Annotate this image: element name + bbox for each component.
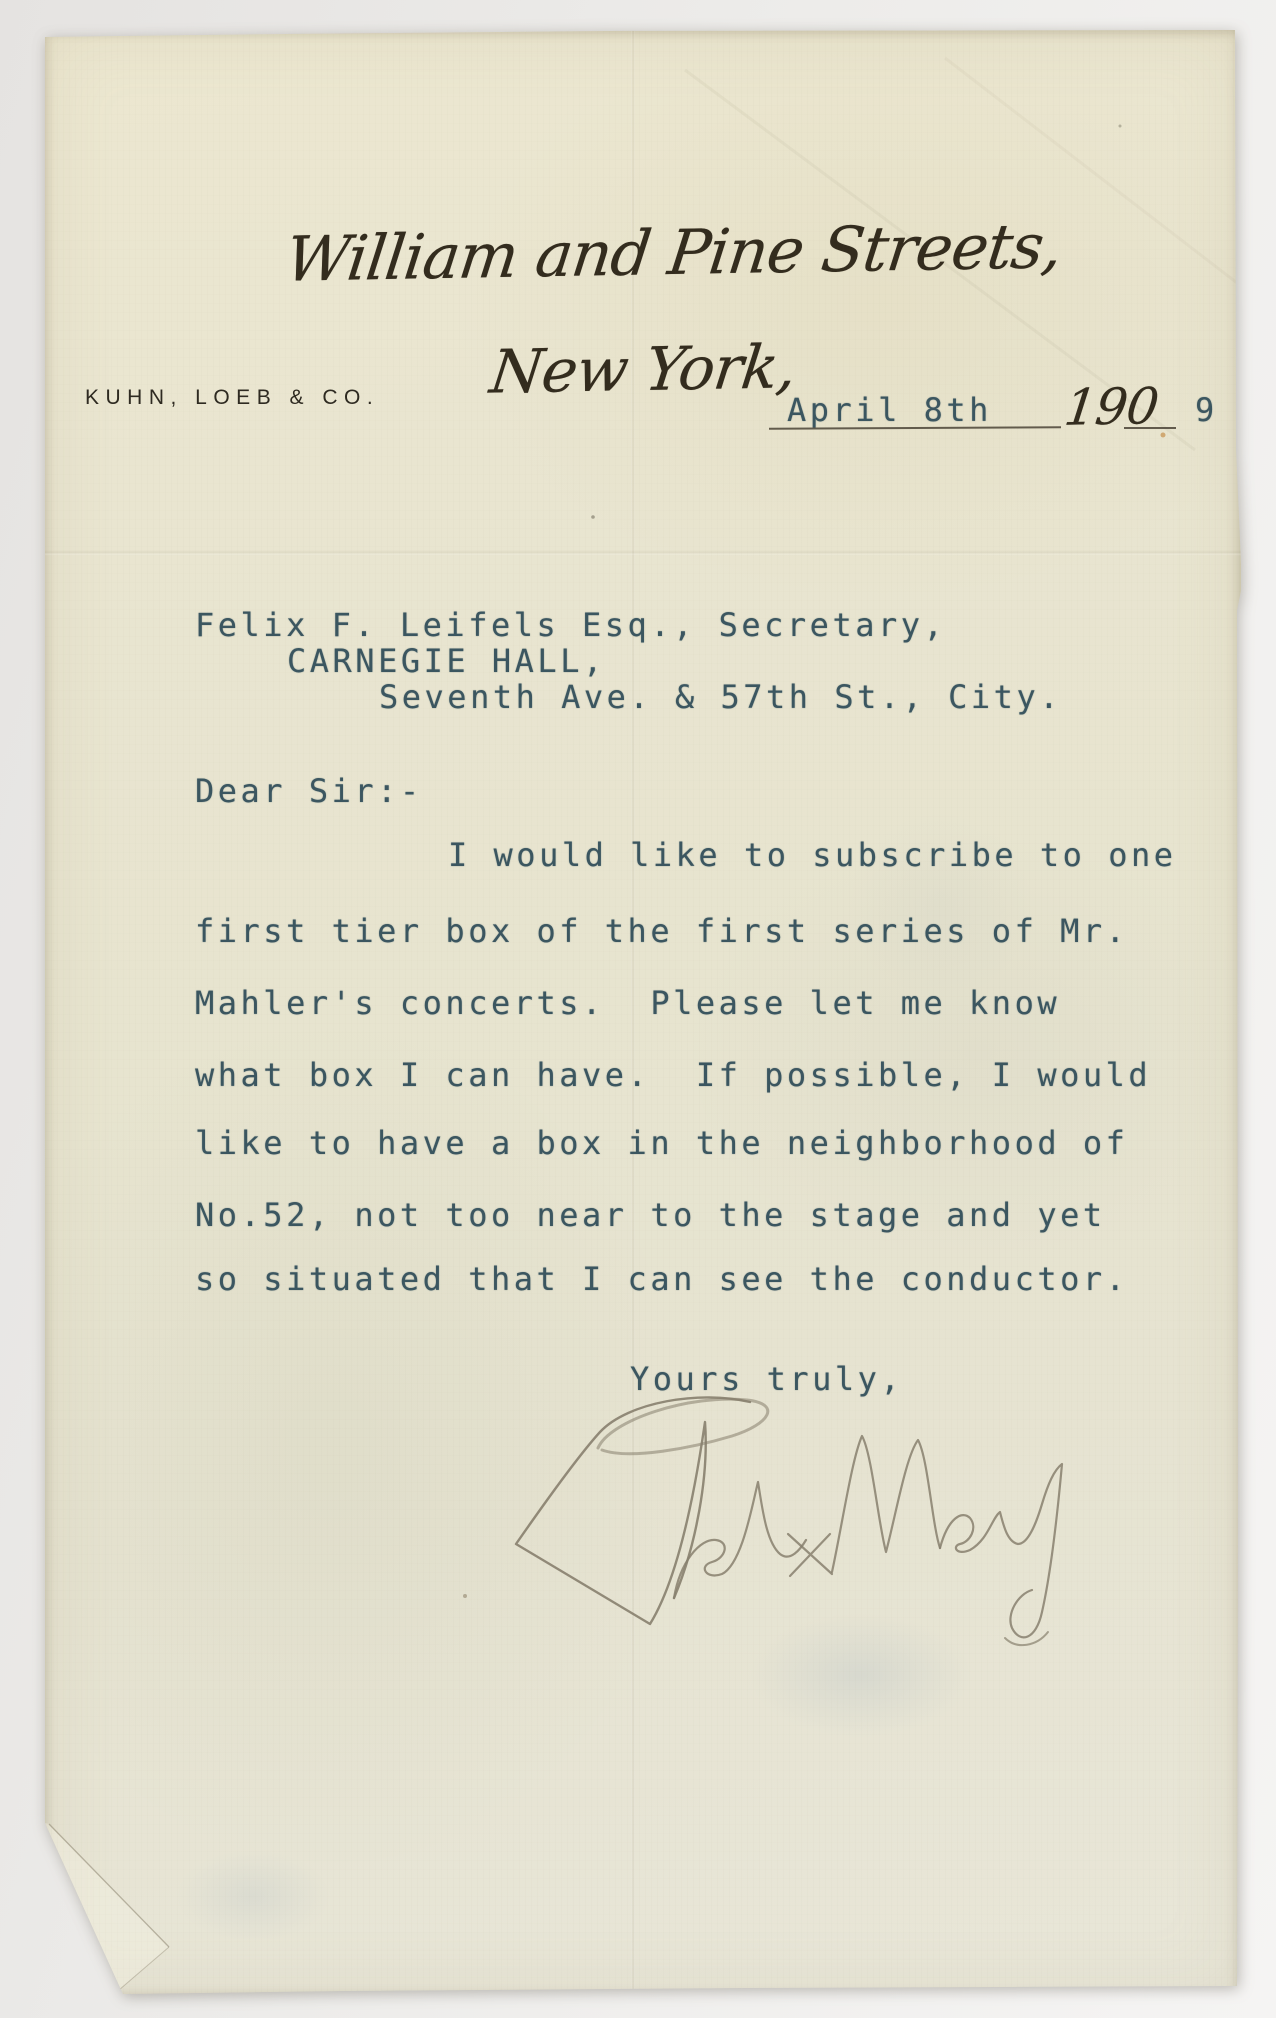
body-line: No.52, not too near to the stage and yet xyxy=(195,1199,1106,1231)
letter-paper-shadow: William and Pine Streets, New York, KUHN… xyxy=(0,0,1276,2018)
body-line: what box I can have. If possible, I woul… xyxy=(195,1059,1151,1091)
body-line: like to have a box in the neighborhood o… xyxy=(195,1127,1128,1159)
recipient-line: Felix F. Leifels Esq., Secretary, xyxy=(195,609,946,641)
salutation: Dear Sir:- xyxy=(195,775,423,807)
signature-image xyxy=(500,1386,1080,1686)
body-line: so situated that I can see the conductor… xyxy=(195,1263,1128,1295)
folded-corner-flap xyxy=(45,1823,169,1990)
recipient-line: Seventh Ave. & 57th St., City. xyxy=(379,681,1062,713)
body-line: I would like to subscribe to one xyxy=(448,839,1177,871)
typed-date: April 8th xyxy=(787,394,992,426)
scan-background: William and Pine Streets, New York, KUHN… xyxy=(0,0,1276,2018)
recipient-line: CARNEGIE HALL, xyxy=(287,645,606,677)
body-line: first tier box of the first series of Mr… xyxy=(195,915,1128,947)
printed-year-prefix: 190 xyxy=(1062,381,1161,433)
year-underline xyxy=(1124,427,1176,429)
paper-speck xyxy=(1161,433,1166,438)
firm-name: KUHN, LOEB & CO. xyxy=(85,386,379,410)
typed-year-digit: 9 xyxy=(1195,394,1218,426)
body-line: Mahler's concerts. Please let me know xyxy=(195,987,1060,1019)
letterhead-city-line: New York, xyxy=(487,337,799,402)
letterhead-street-line: William and Pine Streets, xyxy=(282,215,1065,290)
letter-paper: William and Pine Streets, New York, KUHN… xyxy=(45,30,1241,1996)
